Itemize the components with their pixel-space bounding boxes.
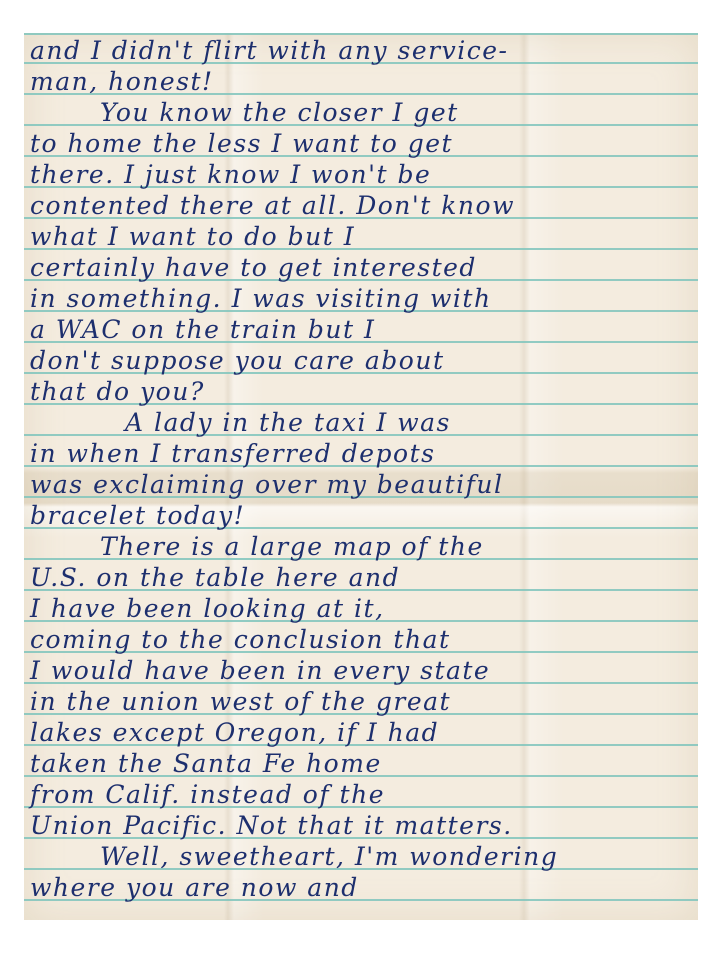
letter-line: and I didn't flirt with any service- (30, 35, 690, 66)
letter-line: what I want to do but I (30, 221, 690, 252)
letter-line: in something. I was visiting with (30, 283, 690, 314)
letter-line: bracelet today! (30, 500, 690, 531)
letter-line: Well, sweetheart, I'm wondering (30, 841, 690, 872)
letter-line: There is a large map of the (30, 531, 690, 562)
letter-line: I would have been in every state (30, 655, 690, 686)
letter-line: don't suppose you care about (30, 345, 690, 376)
letter-line: I have been looking at it, (30, 593, 690, 624)
letter-line: was exclaiming over my beautiful (30, 469, 690, 500)
letter-page: and I didn't flirt with any service- man… (24, 33, 698, 920)
letter-line: there. I just know I won't be (30, 159, 690, 190)
letter-line: in the union west of the great (30, 686, 690, 717)
letter-line: You know the closer I get (30, 97, 690, 128)
letter-line: Union Pacific. Not that it matters. (30, 810, 690, 841)
letter-line: contented there at all. Don't know (30, 190, 690, 221)
letter-line: from Calif. instead of the (30, 779, 690, 810)
letter-line: that do you? (30, 376, 690, 407)
letter-line: in when I transferred depots (30, 438, 690, 469)
letter-line: U.S. on the table here and (30, 562, 690, 593)
letter-line: lakes except Oregon, if I had (30, 717, 690, 748)
letter-line: taken the Santa Fe home (30, 748, 690, 779)
letter-line: A lady in the taxi I was (30, 407, 690, 438)
letter-line: man, honest! (30, 66, 690, 97)
letter-line: coming to the conclusion that (30, 624, 690, 655)
letter-line: where you are now and (30, 872, 690, 903)
letter-line: certainly have to get interested (30, 252, 690, 283)
letter-line: a WAC on the train but I (30, 314, 690, 345)
letter-line: to home the less I want to get (30, 128, 690, 159)
